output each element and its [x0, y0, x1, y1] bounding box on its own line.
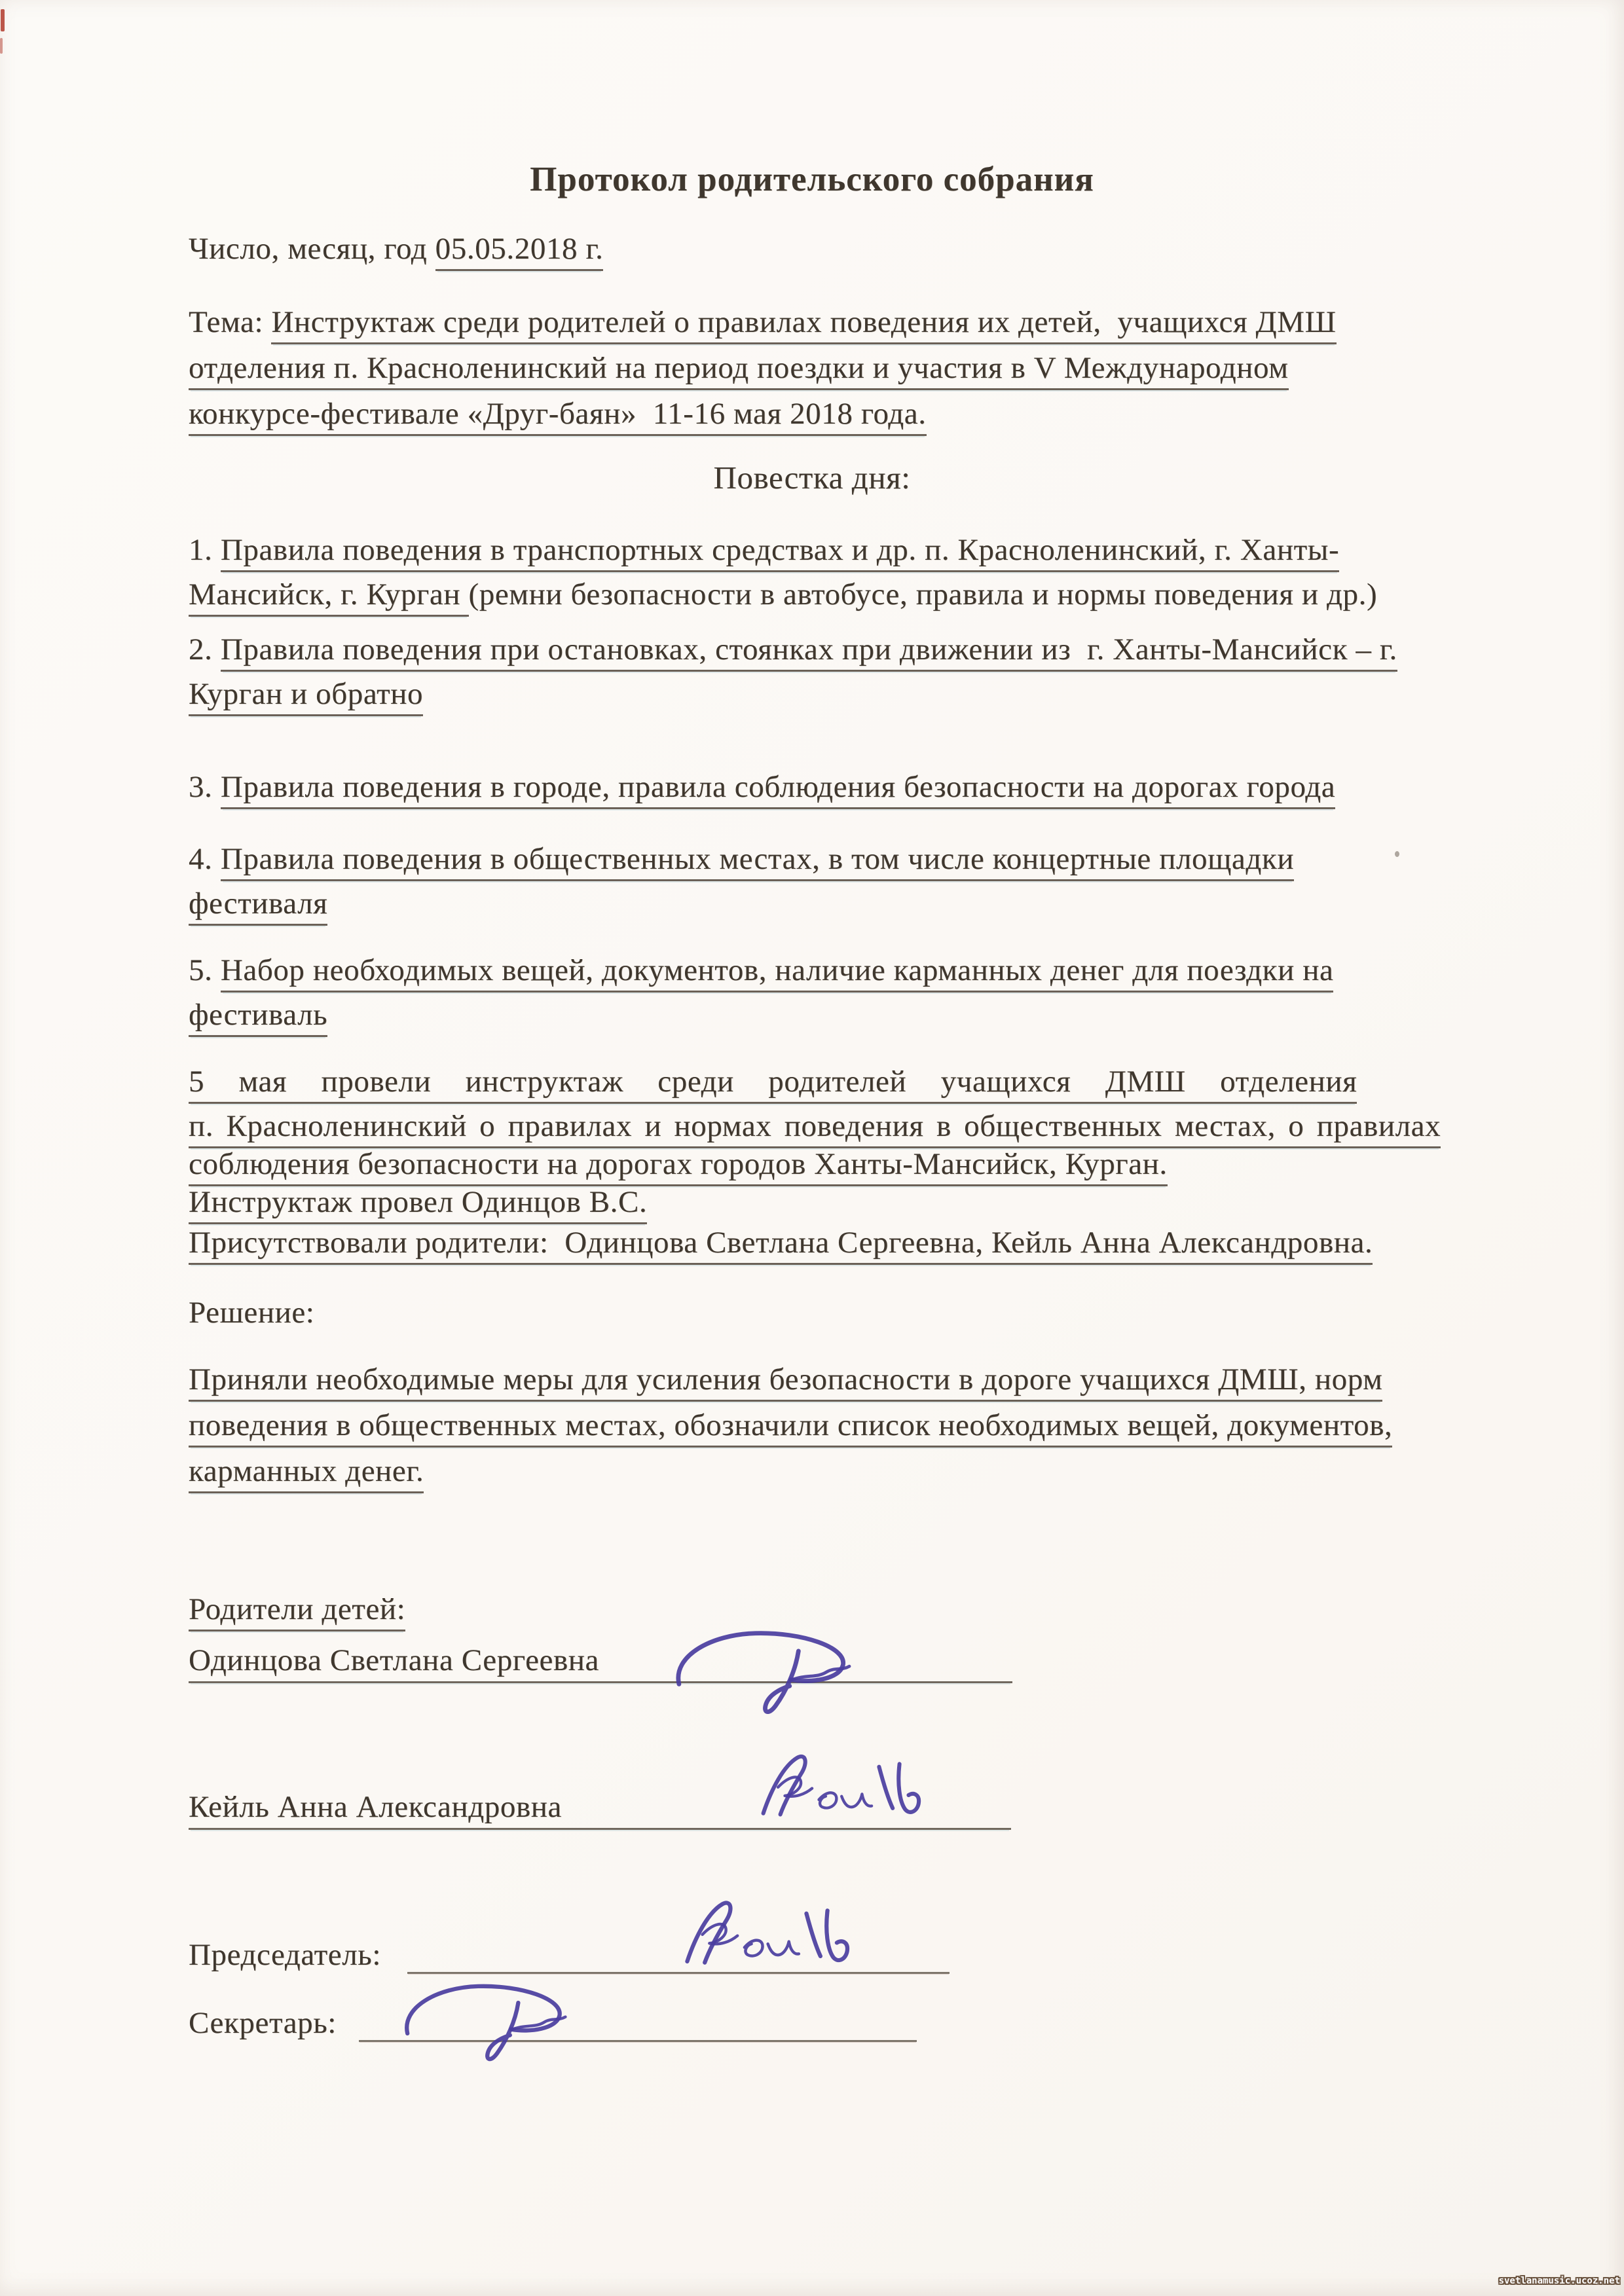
agenda-item-2-text: Правила поведения при остановках, стоянк…: [221, 632, 1397, 672]
decision-text-1: Приняли необходимые меры для усиления бе…: [189, 1362, 1382, 1402]
agenda-item-5-text: Набор необходимых вещей, документов, нал…: [221, 953, 1334, 993]
topic-text-2: отделения п. Красноленинский на период п…: [189, 351, 1289, 390]
agenda-item-3-num: 3.: [189, 770, 221, 804]
body-text-5: Присутствовали родители: Одинцова Светла…: [189, 1226, 1373, 1265]
secretary-label: Секретарь:: [189, 2003, 337, 2043]
agenda-item-3-text: Правила поведения в городе, правила собл…: [221, 770, 1335, 809]
body-line-5: Присутствовали родители: Одинцова Светла…: [189, 1223, 1373, 1262]
date-label: Число, месяц, год: [189, 232, 435, 266]
body-text-1: 5 мая провели инструктаж среди родителей…: [189, 1065, 1357, 1104]
scanned-document-page: Протокол родительского собрания Число, м…: [0, 0, 1624, 2296]
agenda-item-5-line-1: 5. Набор необходимых вещей, документов, …: [189, 951, 1333, 990]
body-text-2: п. Красноленинский о правилах и нормах п…: [189, 1109, 1441, 1148]
parents-heading-text: Родители детей:: [189, 1592, 405, 1631]
agenda-item-4-line-2: фестиваля: [189, 884, 327, 923]
scan-dot: [1395, 851, 1399, 857]
agenda-item-2-line-1: 2. Правила поведения при остановках, сто…: [189, 630, 1397, 669]
agenda-item-5-line-2: фестиваль: [189, 995, 327, 1034]
signature-odintsova-1: [655, 1621, 871, 1721]
topic-line-1: Тема: Инструктаж среди родителей о прави…: [189, 302, 1337, 342]
agenda-item-1-text-cont: Мансийск, г. Курган: [189, 577, 469, 617]
agenda-item-1-paren: (ремни безопасности в автобусе, правила …: [469, 577, 1378, 611]
topic-line-2: отделения п. Красноленинский на период п…: [189, 348, 1289, 388]
agenda-item-5-num: 5.: [189, 953, 221, 987]
agenda-item-4-text: Правила поведения в общественных местах,…: [221, 842, 1294, 881]
decision-line-2: поведения в общественных местах, обознач…: [189, 1406, 1392, 1445]
agenda-item-4-text-cont: фестиваля: [189, 886, 327, 926]
parent1-signature-line: Одинцова Светлана Сергеевна: [189, 1639, 1012, 1683]
date-value: 05.05.2018 г.: [435, 232, 604, 271]
signature-keil-1: [753, 1747, 957, 1827]
parent1-name: Одинцова Светлана Сергеевна: [189, 1643, 599, 1677]
agenda-item-2-line-2: Курган и обратно: [189, 674, 423, 714]
agenda-item-1-line-1: 1. Правила поведения в транспортных сред…: [189, 530, 1339, 570]
signature-keil-2: [668, 1896, 896, 1972]
agenda-item-2-text-cont: Курган и обратно: [189, 677, 423, 716]
agenda-item-2-num: 2.: [189, 632, 221, 666]
page-title: Протокол родительского собрания: [0, 160, 1624, 199]
date-line: Число, месяц, год 05.05.2018 г.: [189, 229, 603, 268]
decision-text-2: поведения в общественных местах, обознач…: [189, 1408, 1392, 1448]
topic-text-1: Инструктаж среди родителей о правилах по…: [271, 305, 1336, 344]
scan-red-mark: [0, 38, 3, 54]
body-text-4: Инструктаж провел Одинцов В.С.: [189, 1185, 647, 1224]
agenda-item-4-num: 4.: [189, 842, 221, 876]
body-line-2: п. Красноленинский о правилах и нормах п…: [189, 1106, 1441, 1146]
agenda-item-1-num: 1.: [189, 533, 221, 567]
decision-line-3: карманных денег.: [189, 1451, 424, 1491]
chairman-label: Председатель:: [189, 1935, 381, 1975]
signature-odintsova-2: [385, 1973, 585, 2069]
topic-line-3: конкурсе-фестивале «Друг-баян» 11-16 мая…: [189, 394, 927, 433]
watermark: svetlanamusic.ucoz.net: [1499, 2276, 1620, 2286]
topic-label: Тема:: [189, 305, 271, 339]
agenda-item-1-text: Правила поведения в транспортных средств…: [221, 533, 1339, 572]
decision-text-3: карманных денег.: [189, 1454, 424, 1493]
agenda-item-3-line-1: 3. Правила поведения в городе, правила с…: [189, 767, 1335, 807]
parents-heading: Родители детей:: [189, 1590, 405, 1629]
topic-text-3: конкурсе-фестивале «Друг-баян» 11-16 мая…: [189, 397, 927, 436]
agenda-item-1-line-2: Мансийск, г. Курган (ремни безопасности …: [189, 575, 1377, 614]
body-line-1: 5 мая провели инструктаж среди родителей…: [189, 1062, 1357, 1101]
body-text-3: соблюдения безопасности на дорогах город…: [189, 1147, 1168, 1186]
body-line-3: соблюдения безопасности на дорогах город…: [189, 1144, 1168, 1184]
agenda-item-5-text-cont: фестиваль: [189, 998, 327, 1037]
parent2-name: Кейль Анна Александровна: [189, 1790, 562, 1824]
agenda-heading: Повестка дня:: [0, 458, 1624, 498]
decision-line-1: Приняли необходимые меры для усиления бе…: [189, 1360, 1382, 1399]
agenda-item-4-line-1: 4. Правила поведения в общественных мест…: [189, 839, 1294, 879]
body-line-4: Инструктаж провел Одинцов В.С.: [189, 1182, 647, 1222]
decision-heading: Решение:: [189, 1293, 314, 1332]
scan-red-mark: [1, 9, 5, 31]
